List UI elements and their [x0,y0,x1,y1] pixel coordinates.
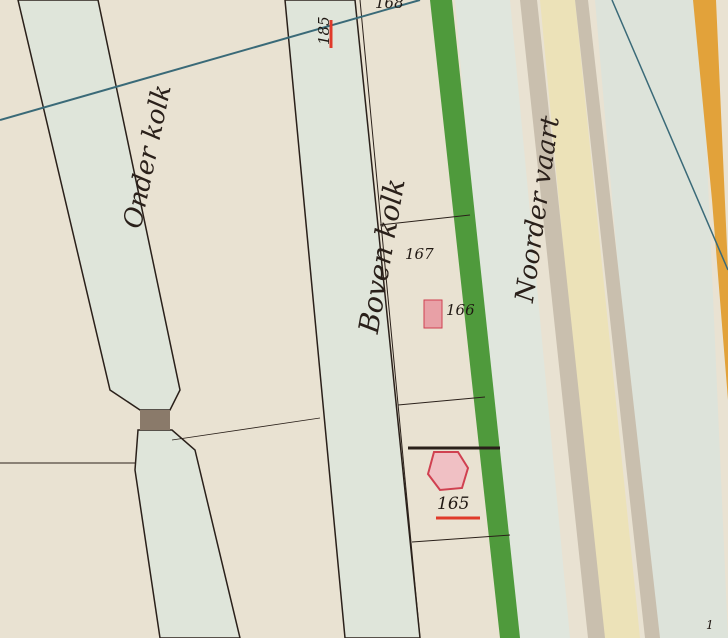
parcel-166: 166 [446,301,475,319]
parcel-168: 168 [375,0,404,12]
parcel-185: 185 [315,16,333,45]
cadastral-map: Onder kolk Boven kolk Noorder vaart 185 … [0,0,728,638]
parcel-167: 167 [405,245,434,263]
parcel-165: 165 [437,494,469,514]
corner-mark: 1 [706,618,714,632]
